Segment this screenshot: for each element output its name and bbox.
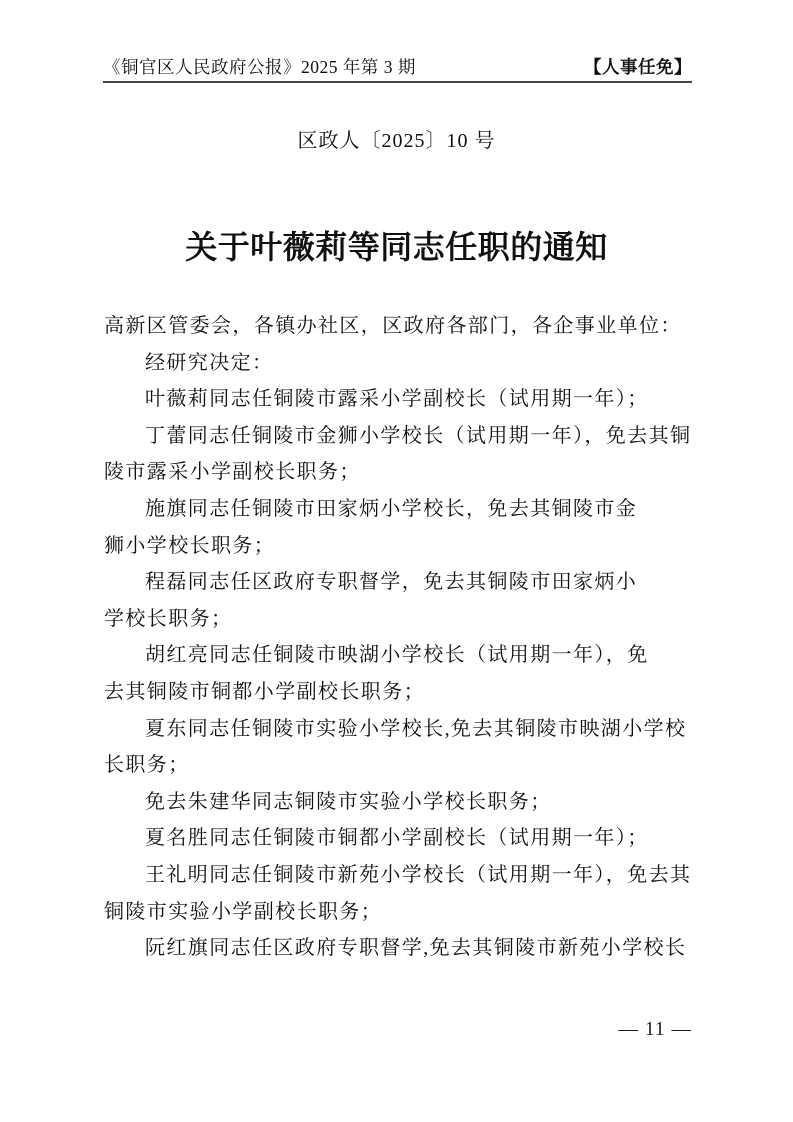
header-divider [103, 81, 692, 83]
body-line: 陵市露采小学副校长职务； [104, 454, 716, 491]
body-line: 阮红旗同志任区政府专职督学,免去其铜陵市新苑小学校长 [104, 930, 716, 967]
document-page: 《铜官区人民政府公报》2025 年第 3 期 【人事任免】 区政人〔2025〕1… [0, 0, 793, 1122]
body-line: 夏东同志任铜陵市实验小学校长,免去其铜陵市映湖小学校 [104, 711, 716, 748]
body-line: 丁蕾同志任铜陵市金狮小学校长（试用期一年），免去其铜 [104, 418, 716, 455]
body-line: 程磊同志任区政府专职督学，免去其铜陵市田家炳小 [104, 564, 716, 601]
doc-number: 区政人〔2025〕10 号 [0, 124, 793, 153]
body-line: 铜陵市实验小学副校长职务； [104, 894, 716, 931]
body-line: 胡红亮同志任铜陵市映湖小学校长（试用期一年），免 [104, 637, 716, 674]
body-line: 高新区管委会，各镇办社区，区政府各部门，各企事业单位： [104, 308, 716, 345]
body-line: 王礼明同志任铜陵市新苑小学校长（试用期一年），免去其 [104, 857, 716, 894]
body-line: 免去朱建华同志铜陵市实验小学校长职务； [104, 784, 716, 821]
body-line: 去其铜陵市铜都小学副校长职务； [104, 674, 716, 711]
header-section-label: 【人事任免】 [584, 54, 692, 79]
body-line: 夏名胜同志任铜陵市铜都小学副校长（试用期一年）； [104, 820, 716, 857]
body-line: 学校长职务； [104, 601, 716, 638]
body-line: 狮小学校长职务； [104, 528, 716, 565]
body-line: 施旗同志任铜陵市田家炳小学校长，免去其铜陵市金 [104, 491, 716, 528]
notice-body: 高新区管委会，各镇办社区，区政府各部门，各企事业单位：经研究决定：叶薇莉同志任铜… [104, 308, 716, 967]
notice-title: 关于叶薇莉等同志任职的通知 [0, 222, 793, 268]
body-line: 叶薇莉同志任铜陵市露采小学副校长（试用期一年）； [104, 381, 716, 418]
header-publication-title: 《铜官区人民政府公报》2025 年第 3 期 [103, 54, 416, 79]
body-line: 经研究决定： [104, 345, 716, 382]
body-line: 长职务； [104, 747, 716, 784]
page-number: — 11 — [618, 1019, 692, 1041]
